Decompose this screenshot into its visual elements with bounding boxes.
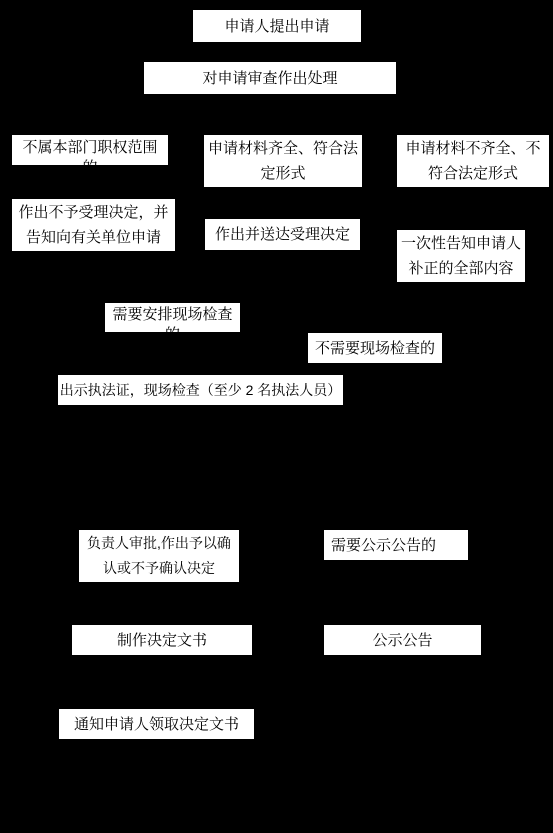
flow-node-no-onsite-inspection-needed: 不需要现场检查的 (308, 333, 442, 363)
flow-node-process-application-review: 对申请审查作出处理 (144, 62, 396, 94)
flow-node-decide-not-accept-inform-other-unit: 作出不予受理决定，并 告知向有关单位申请 (12, 199, 175, 251)
flow-node-need-public-announcement: 需要公示公告的 (324, 530, 468, 560)
flow-node-materials-complete-legal-form: 申请材料齐全、符合法 定形式 (204, 135, 362, 187)
flow-node-make-and-deliver-acceptance-decision: 作出并送达受理决定 (205, 219, 360, 250)
flow-node-applicant-submits-application: 申请人提出申请 (193, 10, 361, 42)
flow-node-leader-approval-confirm-or-not: 负责人审批,作出予以确 认或不予确认决定 (79, 530, 239, 582)
flow-node-make-decision-document: 制作决定文书 (72, 625, 252, 655)
flowchart-canvas: 申请人提出申请 对申请审查作出处理 不属本部门职权范围 的 申请材料齐全、符合法… (0, 0, 553, 833)
flow-node-notify-applicant-collect-document: 通知申请人领取决定文书 (59, 709, 254, 739)
flow-node-show-enforcement-certificate-onsite-inspection: 出示执法证，现场检查（至少 2 名执法人员） (58, 375, 343, 405)
flow-node-one-time-notify-all-corrections: 一次性告知申请人 补正的全部内容 (397, 230, 525, 282)
flow-node-public-announcement: 公示公告 (324, 625, 481, 655)
flow-node-materials-incomplete-not-legal-form: 申请材料不齐全、不 符合法定形式 (397, 135, 549, 187)
flow-node-need-onsite-inspection: 需要安排现场检查 的 (105, 303, 240, 332)
flow-node-outside-department-authority: 不属本部门职权范围 的 (12, 135, 168, 165)
